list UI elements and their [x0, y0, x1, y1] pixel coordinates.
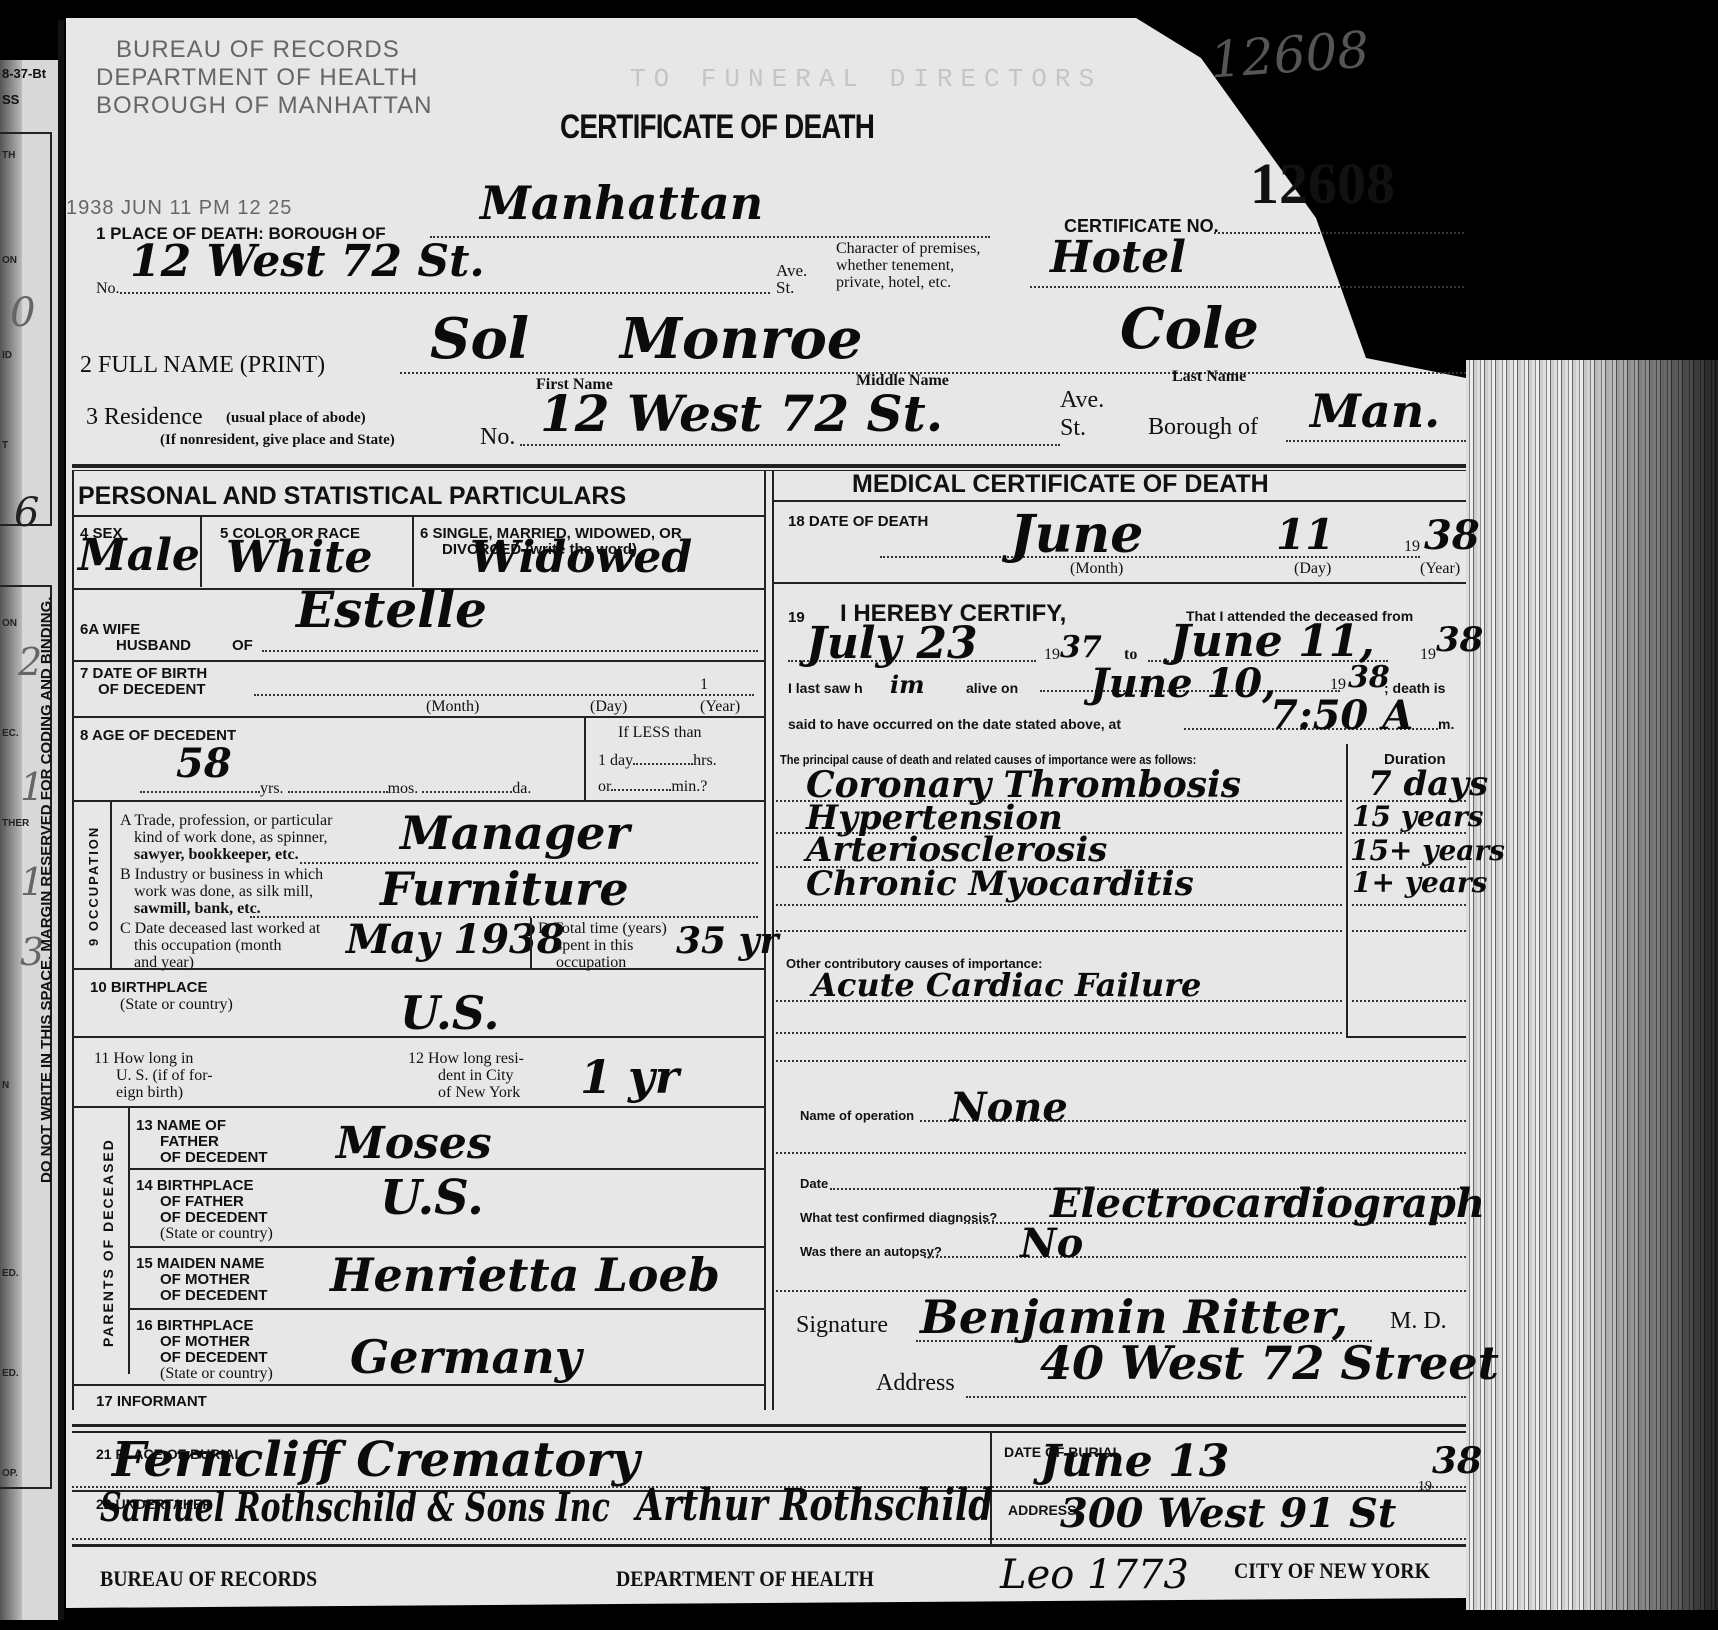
last-saw-label: I last saw h: [788, 680, 863, 696]
birthplace-label: 10 BIRTHPLACE: [90, 980, 208, 996]
duration-line: [1352, 1000, 1466, 1002]
residence-sub2: (If nonresident, give place and State): [160, 432, 395, 449]
residence-label: 3 Residence: [86, 404, 203, 431]
cell-divider: [110, 802, 112, 968]
coding-mark: 0: [10, 290, 35, 336]
ghost-heading: TO FUNERAL DIRECTORS: [630, 64, 1102, 94]
left-border: [72, 470, 74, 1410]
day-caption: (Day): [1294, 560, 1331, 577]
other-line: [776, 1032, 1342, 1034]
nyc-residence-label: 12 How long resi-dent in Cityof New York: [408, 1050, 524, 1101]
divider: [72, 968, 764, 970]
spouse-of-label: OF: [232, 638, 253, 654]
age-units: yrs. mos. da.: [140, 780, 531, 797]
residence-ave-st: Ave.St.: [1060, 386, 1104, 442]
coding-label: ON: [2, 255, 17, 266]
father-birthplace-value: U.S.: [380, 1170, 484, 1226]
divider: [72, 1544, 1466, 1547]
dob-label: OF DECEDENT: [98, 682, 206, 698]
footer-city: CITY OF NEW YORK: [1234, 1558, 1430, 1584]
stamp-line: BOROUGH OF MANHATTAN: [96, 92, 432, 120]
birthplace-sub: (State or country): [120, 996, 233, 1013]
cert-no-line: [1214, 232, 1464, 234]
duration-4: 1+ years: [1352, 866, 1487, 899]
cell-divider: [584, 716, 586, 800]
duration-3: 15+ years: [1350, 834, 1505, 867]
divider: [772, 500, 1466, 502]
dob-year-caption: (Year): [700, 698, 740, 715]
footer-file-code: Leo 1773: [1000, 1552, 1189, 1598]
duration-1: 7 days: [1368, 764, 1488, 804]
color-value: White: [226, 532, 372, 583]
middle-name-value: Monroe: [620, 306, 863, 372]
burial-date-value: June 13: [1040, 1436, 1229, 1487]
signature-label: Signature: [796, 1312, 888, 1339]
spouse-line: [262, 650, 758, 652]
cell-divider: [530, 918, 532, 968]
year-prefix: 19: [1420, 646, 1436, 663]
binding-edge: [58, 20, 64, 1620]
coding-label: EC.: [2, 728, 19, 739]
spouse-label: HUSBAND: [116, 638, 191, 654]
full-name-label: 2 FULL NAME (PRINT): [80, 352, 325, 379]
us-residence-label: 11 How long inU. S. (if of for-eign birt…: [94, 1050, 213, 1101]
duration-2: 15 years: [1352, 800, 1483, 833]
ledger-shadow: [1580, 360, 1718, 1610]
document-title: CERTIFICATE OF DEATH: [560, 108, 937, 147]
blank-line: [776, 1060, 1466, 1062]
death-day-value: 11: [1276, 510, 1334, 559]
occ-a-label: A Trade, profession, or particularkind o…: [120, 812, 332, 863]
residence-borough-line: [1286, 440, 1466, 442]
year-prefix: 19: [1044, 646, 1060, 663]
cause-line: [776, 904, 1342, 906]
divider: [72, 1424, 1466, 1427]
stamp-line: DEPARTMENT OF HEALTH: [96, 64, 432, 92]
year-prefix: 19: [1404, 538, 1420, 555]
form-code-2: SS: [2, 92, 19, 107]
test-value: Electrocardiograph: [1050, 1180, 1485, 1227]
time-of-death-value: 7:50 A: [1270, 692, 1413, 739]
occurred-label: said to have occurred on the date stated…: [788, 716, 1121, 732]
cause-line: [776, 930, 1342, 932]
mother-name-value: Henrietta Loeb: [330, 1248, 720, 1302]
divider: [130, 1308, 764, 1310]
dob-label: 7 DATE OF BIRTH: [80, 666, 207, 682]
divider: [772, 582, 1466, 584]
last-saw-date-value: June 10,: [1090, 660, 1276, 707]
duration-line: [1352, 904, 1466, 906]
residence-no-label: No.: [480, 424, 515, 451]
physician-address-label: Address: [876, 1370, 955, 1397]
informant-label: 17 INFORMANT: [96, 1394, 207, 1410]
operation-date-label: Date: [800, 1176, 828, 1192]
sex-value: Male: [78, 530, 200, 581]
dob-year-prefix: 1: [700, 676, 708, 693]
operation-value: None: [950, 1084, 1068, 1131]
autopsy-value: No: [1020, 1220, 1083, 1267]
coding-label: THER: [2, 818, 29, 829]
coding-label: OP.: [2, 1468, 18, 1479]
certificate-number: 12608: [1250, 150, 1395, 217]
borough-of-label: Borough of: [1148, 414, 1258, 441]
premises-value: Hotel: [1050, 232, 1186, 283]
form-code: 8-37-Bt: [2, 66, 46, 81]
coding-mark: 6: [14, 490, 39, 536]
father-name-value: Moses: [336, 1118, 492, 1169]
place-address-value: 12 West 72 St.: [130, 236, 485, 287]
operation-label: Name of operation: [800, 1108, 914, 1124]
mother-birthplace-value: Germany: [350, 1330, 581, 1384]
other-causes-value: Acute Cardiac Failure: [812, 966, 1201, 1004]
divider: [72, 515, 764, 517]
occ-b-label: B Industry or business in whichwork was …: [120, 866, 323, 917]
death-month-value: June: [1010, 504, 1143, 565]
divider: [72, 1036, 764, 1038]
spouse-value: Estelle: [296, 580, 487, 639]
month-caption: (Month): [1070, 560, 1123, 577]
premises-label: Character of premises,whether tenement,p…: [836, 240, 980, 291]
father-birthplace-label: 14 BIRTHPLACEOF FATHEROF DECEDENT(State …: [136, 1178, 273, 1242]
physician-address-value: 40 West 72 Street: [1040, 1336, 1499, 1390]
cell-divider: [128, 1108, 130, 1374]
dod-line: [880, 556, 1420, 558]
autopsy-line: [924, 1256, 1466, 1258]
cell-divider: [200, 517, 202, 587]
coding-label: ON: [2, 618, 17, 629]
divider: [72, 1106, 764, 1108]
undertaker-address-value: 300 West 91 St: [1060, 1490, 1396, 1537]
bureau-stamp: BUREAU OF RECORDS DEPARTMENT OF HEALTH B…: [96, 36, 432, 120]
blank-line: [776, 1152, 1466, 1154]
occ-d-value: 35 yr: [676, 920, 779, 962]
margin-notice: DO NOT WRITE IN THIS SPACE. MARGIN RESER…: [38, 300, 55, 1480]
attended-to-year: 38: [1436, 620, 1483, 660]
occupation-vertical-label: 9 OCCUPATION: [86, 806, 101, 966]
coding-label: ID: [2, 350, 12, 361]
residence-address-value: 12 West 72 St.: [540, 384, 943, 443]
last-saw-pronoun: im: [890, 670, 925, 699]
md-label: M. D.: [1390, 1308, 1447, 1335]
occ-b-value: Furniture: [380, 862, 629, 916]
parents-vertical-label: PARENTS OF DECEASED: [100, 1112, 116, 1374]
footer-department: DEPARTMENT OF HEALTH: [616, 1566, 874, 1592]
divider: [72, 716, 764, 718]
dob-day-caption: (Day): [590, 698, 627, 715]
less-than-min: ormin.?: [598, 778, 707, 795]
burial-place-value: Ferncliff Crematory: [112, 1432, 640, 1488]
mother-name-label: 15 MAIDEN NAMEOF MOTHEROF DECEDENT: [136, 1256, 268, 1304]
address-line: [120, 292, 770, 294]
cause-4: Chronic Myocarditis: [806, 864, 1194, 904]
nyc-residence-value: 1 yr: [580, 1050, 679, 1104]
divider: [72, 800, 764, 802]
year-caption: (Year): [1420, 560, 1460, 577]
spouse-label: 6A WIFE: [80, 622, 140, 638]
first-name-value: Sol: [430, 306, 529, 372]
received-stamp: 1938 JUN 11 PM 12 25: [66, 194, 292, 222]
cell-divider: [412, 517, 414, 587]
undertaker-line: [72, 1538, 1466, 1540]
stamp-line: BUREAU OF RECORDS: [96, 36, 432, 64]
residence-borough-value: Man.: [1310, 384, 1440, 438]
duration-divider: [1346, 744, 1348, 1036]
dob-month-caption: (Month): [426, 698, 479, 715]
marital-value: Widowed: [470, 532, 692, 583]
birthplace-value: U.S.: [400, 986, 500, 1040]
coding-label: ED.: [2, 1268, 19, 1279]
borough-line: [430, 236, 990, 238]
divider: [72, 464, 1466, 468]
certify-number: 19: [788, 610, 805, 626]
duration-line: [1352, 930, 1466, 932]
burial-year-value: 38: [1432, 1440, 1482, 1482]
less-than-hrs: 1 dayhrs.: [598, 752, 717, 769]
autopsy-label: Was there an autopsy?: [800, 1244, 942, 1260]
occ-d-label: D Total time (years)spent in thisoccupat…: [538, 920, 667, 971]
year-prefix: 19: [1330, 676, 1346, 693]
less-than-label: If LESS than: [618, 724, 702, 741]
occ-a-value: Manager: [400, 806, 630, 860]
father-name-label: 13 NAME OFFATHEROF DECEDENT: [136, 1118, 268, 1166]
handwritten-cert-number: 12608: [1208, 21, 1371, 90]
last-name-value: Cole: [1120, 296, 1259, 362]
ave-st-label: Ave.St.: [776, 262, 807, 296]
coding-label: N: [2, 1080, 9, 1091]
attended-from-value: July 23: [806, 618, 978, 669]
residence-sub1: (usual place of abode): [226, 410, 366, 427]
divider: [1346, 1036, 1466, 1038]
coding-label: ED.: [2, 1368, 19, 1379]
divider: [72, 660, 764, 662]
death-year-value: 38: [1424, 512, 1480, 559]
residence-line: [520, 444, 1060, 446]
mother-birthplace-label: 16 BIRTHPLACEOF MOTHEROF DECEDENT(State …: [136, 1318, 273, 1382]
dob-line: [254, 694, 754, 696]
undertaker-value: Samuel Rothschild & Sons Inc: [100, 1484, 610, 1531]
time-suffix: m.: [1438, 716, 1454, 732]
occ-c-label: C Date deceased last worked atthis occup…: [120, 920, 320, 971]
last-name-caption: Last Name: [1172, 368, 1246, 385]
medical-section-title: MEDICAL CERTIFICATE OF DEATH: [852, 470, 1269, 499]
undertaker-signature: Arthur Rothschild: [636, 1480, 993, 1531]
borough-value: Manhattan: [480, 176, 763, 230]
coding-label: TH: [2, 150, 15, 161]
other-line: [776, 1000, 1342, 1002]
coding-label: T: [2, 440, 8, 451]
premises-line: [1030, 286, 1464, 288]
date-of-death-label: 18 DATE OF DEATH: [788, 514, 928, 530]
alive-on-label: alive on: [966, 680, 1018, 696]
divider: [72, 1384, 764, 1386]
footer-bureau: BUREAU OF RECORDS: [100, 1566, 317, 1592]
no-label: No.: [96, 280, 120, 297]
personal-section-title: PERSONAL AND STATISTICAL PARTICULARS: [78, 482, 626, 511]
physician-address-line: [966, 1396, 1466, 1398]
